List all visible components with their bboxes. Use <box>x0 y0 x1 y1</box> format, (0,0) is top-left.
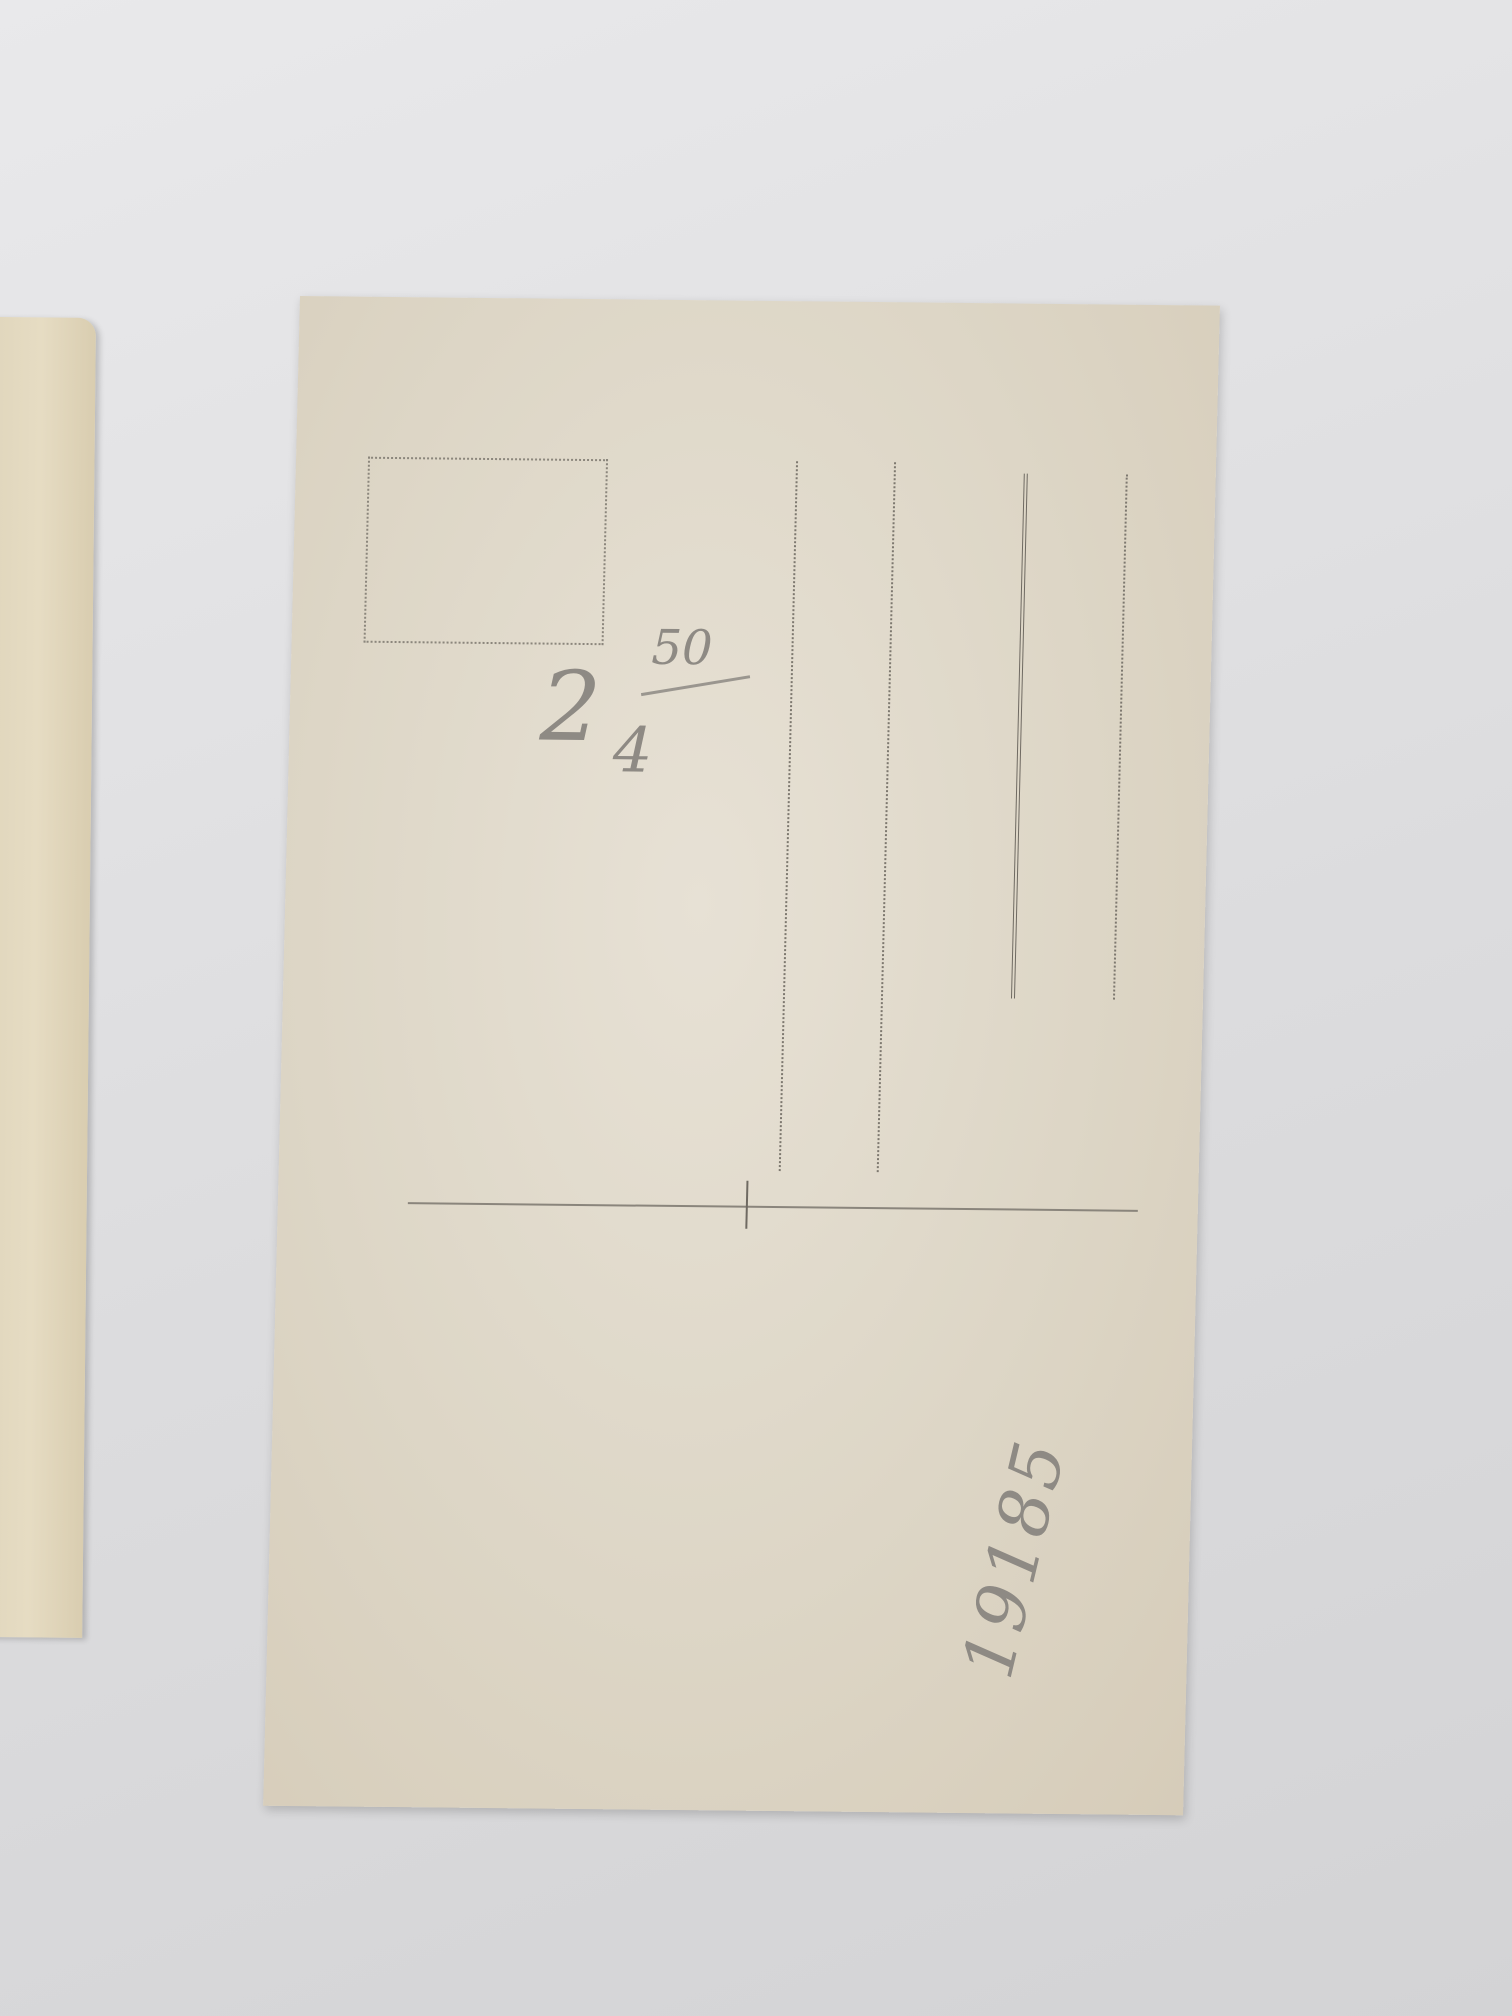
pencil-reference-number: 19185 <box>946 1431 1082 1686</box>
divider-line-1 <box>779 461 798 1171</box>
postcard-back: 2 50 4 19185 <box>263 296 1220 1815</box>
address-line-2 <box>1113 475 1128 1000</box>
divider-line-2 <box>877 462 896 1172</box>
address-line-1 <box>1011 474 1028 999</box>
center-tick <box>745 1181 748 1229</box>
pencil-price-denominator: 4 <box>612 713 653 786</box>
horizontal-rule <box>408 1202 1138 1212</box>
pencil-price-whole: 2 <box>539 651 603 764</box>
pencil-price-fraction: 50 <box>651 620 713 677</box>
pencil-fraction-bar <box>641 675 750 696</box>
partial-postcard-left <box>0 317 96 1638</box>
stamp-placeholder-box <box>364 457 609 645</box>
